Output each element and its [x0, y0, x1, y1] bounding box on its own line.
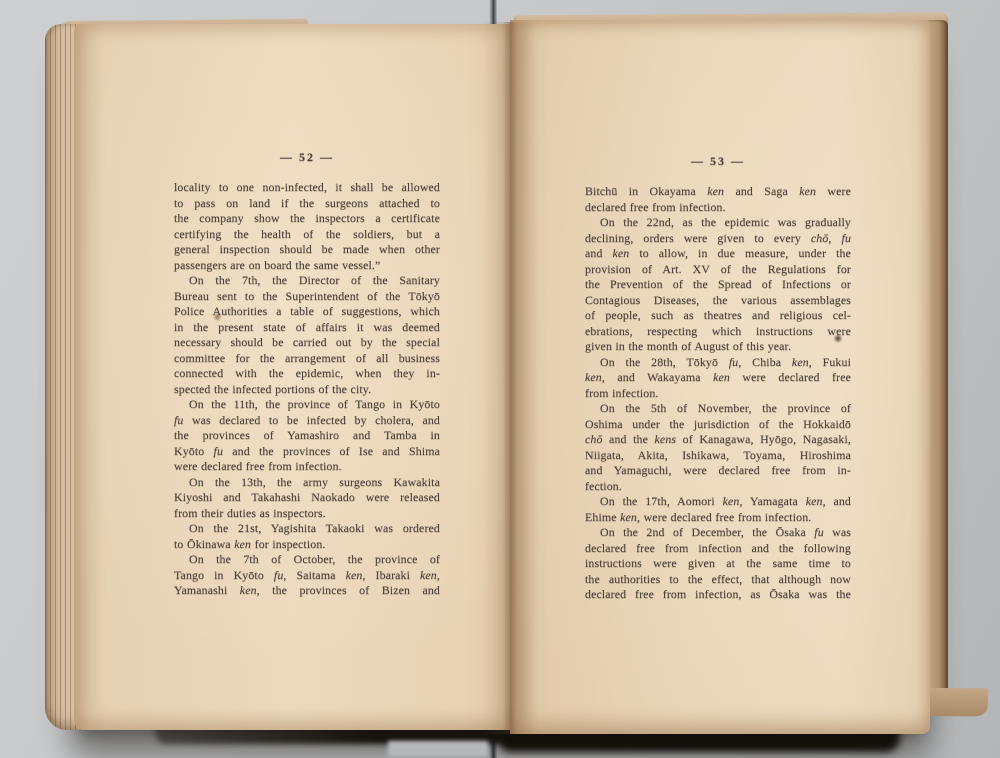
text-line: the Prevention of the Spread of Infectio…	[585, 277, 851, 293]
left-page: — 52 — locality to one non-infected, it …	[74, 24, 510, 730]
text-line: On the 7th, the Director of the Sanitary	[174, 273, 440, 289]
text-line: and ken to allow, in due measure, under …	[585, 246, 851, 262]
text-line: declared free from infection, as Ōsaka w…	[585, 587, 851, 603]
text-line: Kiyoshi and Takahashi Naokado were relea…	[174, 490, 440, 506]
text-line: given in the month of August of this yea…	[585, 339, 851, 355]
left-page-text-block: locality to one non-infected, it shall b…	[174, 180, 440, 599]
page-number-left: — 52 —	[174, 150, 440, 165]
text-line: ken, and Wakayama ken were declared free	[585, 370, 851, 386]
text-line: On the 2nd of December, the Ōsaka fu was	[585, 525, 851, 541]
text-line: instructions were given at the same time…	[585, 556, 851, 572]
right-page: — 53 — Bitchū in Okayama ken and Saga ke…	[510, 20, 930, 734]
text-line: Oshima under the jurisdiction of the Hok…	[585, 417, 851, 433]
right-page-text-block: Bitchū in Okayama ken and Saga ken wered…	[585, 184, 851, 603]
text-line: from infection.	[585, 386, 851, 402]
text-line: the authorities to the effect, that alth…	[585, 572, 851, 588]
text-line: declining, orders were given to every ch…	[585, 231, 851, 247]
text-line: chō and the kens of Kanagawa, Hyōgo, Nag…	[585, 432, 851, 448]
text-line: from their duties as inspectors.	[174, 506, 440, 522]
text-line: fu was declared to be infected by choler…	[174, 413, 440, 429]
text-line: provision of Art. XV of the Regulations …	[585, 262, 851, 278]
text-line: in the present state of affairs it was d…	[174, 320, 440, 336]
photo-background: — 52 — locality to one non-infected, it …	[0, 0, 1000, 758]
ink-smudge	[213, 312, 222, 322]
text-line: On the 21st, Yagishita Takaoki was order…	[174, 521, 440, 537]
text-line: declared free from infection.	[585, 200, 851, 216]
text-line: connected with the epidemic, when they i…	[174, 366, 440, 382]
text-line: and Yamaguchi, were declared free from i…	[585, 463, 851, 479]
text-line: Ehime ken, were declared free from infec…	[585, 510, 851, 526]
text-line: On the 22nd, as the epidemic was gradual…	[585, 215, 851, 231]
floor-highlight	[388, 741, 488, 757]
text-line: declared free from infection and the fol…	[585, 541, 851, 557]
text-line: On the 5th of November, the province of	[585, 401, 851, 417]
text-line: spected the infected portions of the cit…	[174, 382, 440, 398]
text-line: Niigata, Akita, Ishikawa, Toyama, Hirosh…	[585, 448, 851, 464]
text-line: were declared free from infection.	[174, 459, 440, 475]
text-line: general inspection should be made when o…	[174, 242, 440, 258]
text-line: On the 17th, Aomori ken, Yamagata ken, a…	[585, 494, 851, 510]
page-number-right: — 53 —	[585, 154, 851, 169]
text-line: Contagious Diseases, the various assembl…	[585, 293, 851, 309]
text-line: On the 7th of October, the province of	[174, 552, 440, 568]
text-line: the company show the inspectors a certif…	[174, 211, 440, 227]
text-line: to pass on land if the surgeons attached…	[174, 196, 440, 212]
text-line: On the 11th, the province of Tango in Ky…	[174, 397, 440, 413]
text-line: of people, such as theatres and religiou…	[585, 308, 851, 324]
text-line: necessary should be carried out by the s…	[174, 335, 440, 351]
text-line: fection.	[585, 479, 851, 495]
text-line: On the 13th, the army surgeons Kawakita	[174, 475, 440, 491]
text-line: committee for the arrangement of all bus…	[174, 351, 440, 367]
ink-smudge	[833, 334, 843, 343]
text-line: the provinces of Yamashiro and Tamba in	[174, 428, 440, 444]
open-book: — 52 — locality to one non-infected, it …	[44, 12, 948, 736]
text-line: Bureau sent to the Superintendent of the…	[174, 289, 440, 305]
text-line: to Ōkinawa ken for inspection.	[174, 537, 440, 553]
text-line: Yamanashi ken, the provinces of Bizen an…	[174, 583, 440, 599]
text-line: Kyōto fu and the provinces of Ise and Sh…	[174, 444, 440, 460]
text-line: On the 28th, Tōkyō fu, Chiba ken, Fukui	[585, 355, 851, 371]
text-line: ebrations, respecting which instructions…	[585, 324, 851, 340]
book-gutter	[482, 22, 540, 734]
text-line: Tango in Kyōto fu, Saitama ken, Ibaraki …	[174, 568, 440, 584]
text-line: Bitchū in Okayama ken and Saga ken were	[585, 184, 851, 200]
text-line: passengers are on board the same vessel.…	[174, 258, 440, 274]
text-line: locality to one non-infected, it shall b…	[174, 180, 440, 196]
text-line: certifying the health of the soldiers, b…	[174, 227, 440, 243]
